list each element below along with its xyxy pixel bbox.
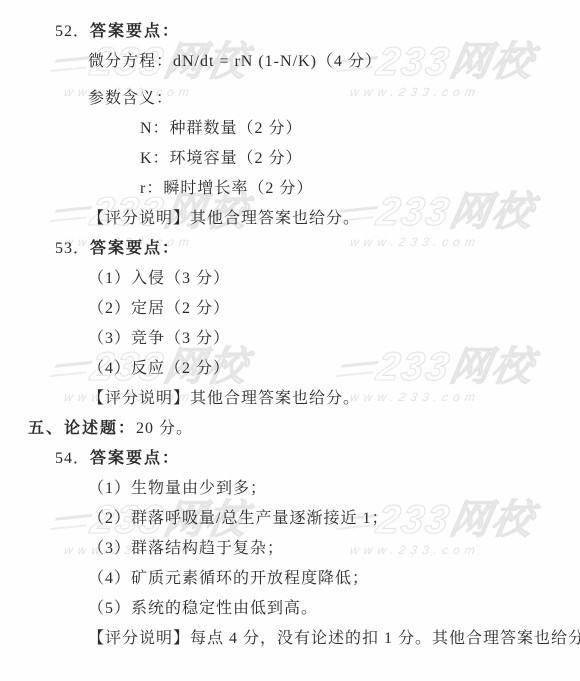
line-text: 20 分。 [136,420,193,437]
line-text: 【评分说明】其他合理答案也给分。 [88,210,360,227]
line-text: N：种群数量（2 分） [140,120,303,137]
doc-line-10: （2）定居（2 分） [88,299,580,319]
doc-line-12: （4）反应（2 分） [88,359,580,379]
doc-line-18: （3）群落结构趋于复杂； [88,539,580,559]
line-text: 52． [55,23,90,40]
doc-line-16: （1）生物量由少到多； [88,479,580,499]
line-text: （2）群落呼吸量/总生产量逐渐接近 1； [88,510,388,527]
doc-line-17: （2）群落呼吸量/总生产量逐渐接近 1； [88,509,580,529]
document-page: 233网校 www.233.com 233网校 www.233.com 233网… [0,0,580,681]
doc-line-19: （4）矿质元素循环的开放程度降低； [88,569,580,589]
line-text: （4）反应（2 分） [88,360,230,377]
doc-line-2: 微分方程：dN/dt = rN (1-N/K)（4 分） [88,52,580,72]
line-text: （1）生物量由少到多； [88,480,267,497]
doc-line-8: 53．答案要点： [55,239,580,259]
line-text: （3）群落结构趋于复杂； [88,540,284,557]
line-text: （3）竞争（3 分） [88,330,230,347]
line-text: 参数含义： [88,90,173,107]
line-text-bold: 答案要点： [90,450,180,467]
doc-line-14: 五、论述题：20 分。 [28,419,580,439]
line-text: 54． [55,450,90,467]
line-text: r：瞬时增长率（2 分） [140,180,313,197]
doc-line-6: r：瞬时增长率（2 分） [140,179,580,199]
doc-line-7: 【评分说明】其他合理答案也给分。 [88,209,580,229]
line-text: 【评分说明】其他合理答案也给分。 [88,390,360,407]
line-text: 53． [55,240,90,257]
line-text: 微分方程：dN/dt = rN (1-N/K)（4 分） [88,53,382,70]
line-text-bold: 五、论述题： [28,420,136,437]
line-text: 【评分说明】每点 4 分，没有论述的扣 1 分。其他合理答案也给分。 [88,630,580,647]
doc-line-11: （3）竞争（3 分） [88,329,580,349]
doc-line-13: 【评分说明】其他合理答案也给分。 [88,389,580,409]
doc-line-4: N：种群数量（2 分） [140,119,580,139]
line-text-bold: 答案要点： [90,23,180,40]
doc-line-1: 52．答案要点： [55,22,580,42]
doc-line-9: （1）入侵（3 分） [88,269,580,289]
line-text: （2）定居（2 分） [88,300,230,317]
doc-line-5: K：环境容量（2 分） [140,149,580,169]
line-text: （4）矿质元素循环的开放程度降低； [88,570,369,587]
line-text: （5）系统的稳定性由低到高。 [88,600,318,617]
doc-line-20: （5）系统的稳定性由低到高。 [88,599,580,619]
doc-line-3: 参数含义： [88,89,580,109]
document-lines: 52．答案要点：微分方程：dN/dt = rN (1-N/K)（4 分）参数含义… [0,0,580,649]
line-text-bold: 答案要点： [90,240,180,257]
line-text: （1）入侵（3 分） [88,270,230,287]
doc-line-15: 54．答案要点： [55,449,580,469]
line-text: K：环境容量（2 分） [140,150,303,167]
doc-line-21: 【评分说明】每点 4 分，没有论述的扣 1 分。其他合理答案也给分。 [88,629,580,649]
